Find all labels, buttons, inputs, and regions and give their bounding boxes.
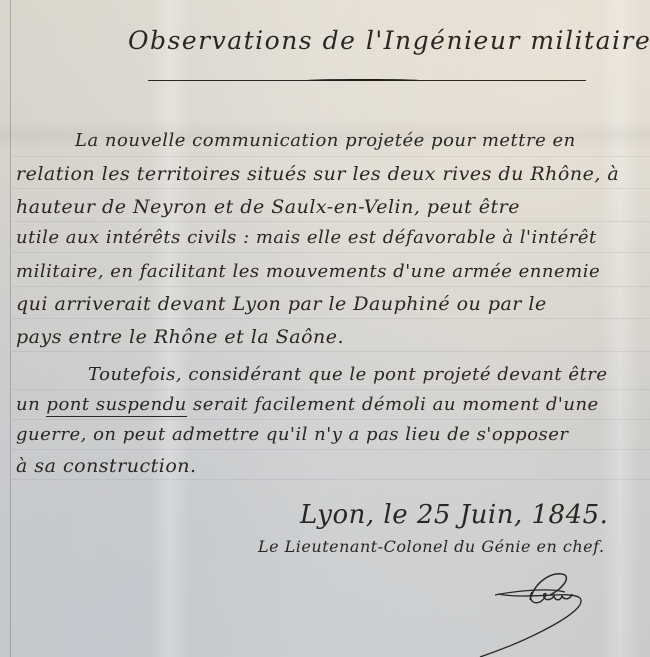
underlined-phrase: pont suspendu bbox=[46, 394, 186, 417]
ruled-line bbox=[12, 419, 650, 420]
paragraph-2-line-2: un pont suspendu serait facilement démol… bbox=[16, 394, 599, 415]
paragraph-1-line-1: La nouvelle communication projetée pour … bbox=[75, 130, 576, 151]
signatory-title: Le Lieutenant-Colonel du Génie en chef. bbox=[258, 537, 605, 556]
signature-icon bbox=[470, 570, 650, 657]
dateline: Lyon, le 25 Juin, 1845. bbox=[300, 500, 608, 530]
margin-line bbox=[10, 0, 11, 657]
text-span: un bbox=[16, 394, 46, 415]
document-title: Observations de l'Ingénieur militaire bbox=[128, 26, 650, 55]
paper-fold bbox=[600, 0, 640, 657]
paragraph-1-line-4: utile aux intérêts civils : mais elle es… bbox=[16, 227, 597, 248]
title-underline-rule bbox=[148, 80, 586, 81]
ruled-line bbox=[12, 252, 650, 253]
paragraph-1-line-3: hauteur de Neyron et de Saulx-en-Velin, … bbox=[16, 196, 520, 218]
paragraph-2-line-3: guerre, on peut admettre qu'il n'y a pas… bbox=[16, 424, 569, 445]
ruled-line bbox=[12, 221, 650, 222]
paragraph-1-line-6: qui arriverait devant Lyon par le Dauphi… bbox=[16, 293, 547, 315]
ruled-line bbox=[12, 286, 650, 287]
document-page: Observations de l'Ingénieur militaire La… bbox=[0, 0, 650, 657]
paragraph-1-line-7: pays entre le Rhône et la Saône. bbox=[16, 326, 344, 348]
ruled-line bbox=[12, 188, 650, 189]
ruled-line bbox=[12, 479, 650, 480]
paragraph-2-line-4: à sa construction. bbox=[16, 455, 197, 477]
ruled-line bbox=[12, 351, 650, 352]
paragraph-2-line-1: Toutefois, considérant que le pont proje… bbox=[88, 364, 608, 385]
paragraph-1-line-2: relation les territoires situés sur les … bbox=[16, 163, 619, 185]
text-span: serait facilement démoli au moment d'une bbox=[187, 394, 599, 415]
ruled-line bbox=[12, 449, 650, 450]
ruled-line bbox=[12, 156, 650, 157]
ruled-line bbox=[12, 318, 650, 319]
paragraph-1-line-5: militaire, en facilitant les mouvements … bbox=[16, 261, 600, 282]
ruled-line bbox=[12, 389, 650, 390]
